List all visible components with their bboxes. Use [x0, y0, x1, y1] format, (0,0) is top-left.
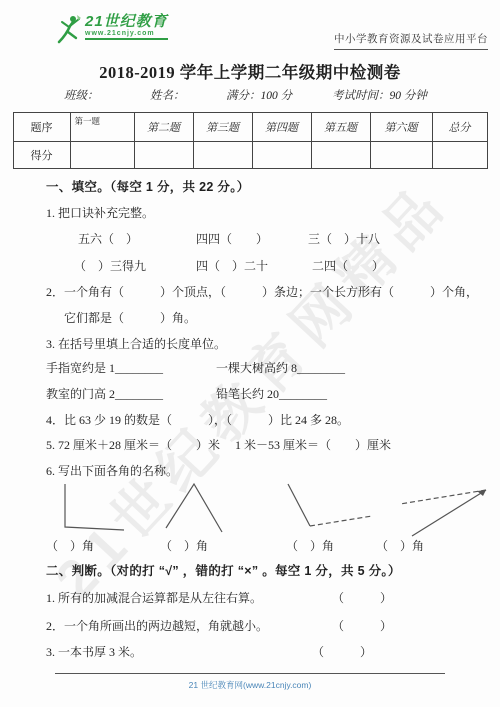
judge-answer-blank: （ ）: [332, 618, 392, 635]
angle-name-blank: （ ）角: [376, 538, 424, 555]
mnemonic-row-1: 五六（ ） 四四（ ） 三（ ）十八: [78, 231, 490, 248]
score-table-header-cell-2: 第二题: [134, 113, 193, 142]
judge-item-text: 2．一个角所画出的两边越短，角就越小。: [46, 618, 268, 635]
angle-name-blank: （ ）角: [160, 538, 286, 555]
question-2-line-2: 它们都是（ ）角。: [64, 310, 490, 327]
right-angle-figure: [52, 482, 128, 534]
score-cell-total: [432, 142, 487, 169]
footer-link-text: 21 世纪教育网(www.21cnjy.com): [0, 679, 500, 691]
question-6: 6. 写出下面各角的名称。: [46, 463, 490, 480]
judge-answer-blank: （ ）: [332, 590, 392, 607]
full-score-label: 满分：100 分: [226, 88, 332, 105]
footer: 21 世纪教育网(www.21cnjy.com): [0, 673, 500, 691]
running-person-icon: [56, 13, 82, 50]
angle-figures-row: [52, 480, 500, 538]
length-unit-row-2: 教室的门高 2________ 铅笔长约 20________: [46, 386, 490, 403]
section-1-heading: 一、填空。（每空 1 分，共 22 分。）: [46, 179, 490, 196]
obtuse-angle-figure: [270, 480, 376, 532]
score-table-header-cell-6: 第六题: [370, 113, 432, 142]
question-1: 1. 把口诀补充完整。: [46, 205, 490, 222]
angle-labels-row: （ ）角 （ ）角 （ ）角 （ ）角: [46, 538, 500, 555]
angle-name-blank: （ ）角: [46, 538, 160, 555]
score-cell-3: [193, 142, 252, 169]
score-table: 题序 第一题 第二题 第三题 第四题 第五题 第六题 总分 得分: [13, 112, 488, 169]
score-cell-2: [134, 142, 193, 169]
score-row-label: 得分: [13, 142, 70, 169]
length-unit-blank: 手指宽约是 1________: [46, 360, 216, 377]
score-table-header-cell-1: 第一题: [70, 113, 134, 142]
judge-item-text: 3. 一本书厚 3 米。: [46, 644, 142, 661]
angle-name-blank: （ ）角: [286, 538, 376, 555]
header: 21世纪教育 www.21cnjy.com 中小学教育资源及试卷应用平台: [0, 0, 500, 50]
mnemonic-row-2: （ ）三得九 四（ ）二十 二四（ ）: [74, 258, 490, 275]
mnemonic-blank: 四四（ ）: [196, 231, 308, 248]
logo-text: 21世纪教育 www.21cnjy.com: [85, 13, 168, 40]
name-field-label: 姓名：: [150, 88, 226, 105]
class-field-label: 班级：: [64, 88, 150, 105]
score-table-header-cell-3: 第三题: [193, 113, 252, 142]
score-table-header-cell-4: 第四题: [252, 113, 311, 142]
question-3: 3. 在括号里填上合适的长度单位。: [46, 336, 490, 353]
mnemonic-blank: （ ）三得九: [74, 258, 196, 275]
score-table-header-cell-5: 第五题: [311, 113, 370, 142]
score-cell-4: [252, 142, 311, 169]
judge-item-text: 1. 所有的加减混合运算都是从左往右算。: [46, 590, 262, 607]
judge-item-2: 2．一个角所画出的两边越短，角就越小。 （ ）: [46, 618, 500, 635]
logo-brand: 21世纪教育: [85, 13, 168, 30]
score-cell-6: [370, 142, 432, 169]
score-table-score-row: 得分: [13, 142, 487, 169]
exam-title: 2018-2019 学年上学期二年级期中检测卷: [0, 62, 500, 84]
question-5: 5. 72 厘米＋28 厘米＝（ ）米 1 米－53 厘米＝（ ）厘米: [46, 437, 490, 454]
judge-item-1: 1. 所有的加减混合运算都是从左往右算。 （ ）: [46, 590, 500, 607]
score-cell-5: [311, 142, 370, 169]
acute-angle-figure: [156, 480, 228, 534]
length-unit-blank: 一棵大树高约 8________: [216, 360, 345, 377]
score-cell-1: [70, 142, 134, 169]
score-table-header-cell-7: 总分: [432, 113, 487, 142]
mnemonic-blank: 五六（ ）: [78, 231, 196, 248]
mnemonic-blank: 四（ ）二十: [196, 258, 312, 275]
length-unit-row-1: 手指宽约是 1________ 一棵大树高约 8________: [46, 360, 490, 377]
judge-item-3: 3. 一本书厚 3 米。 （ ）: [46, 644, 500, 661]
mnemonic-blank: 二四（ ）: [312, 258, 384, 275]
exam-time-label: 考试时间：90 分钟: [332, 88, 427, 105]
question-4: 4．比 63 少 19 的数是（ ），（ ）比 24 多 28。: [46, 412, 490, 429]
acute-angle-dashed-figure: [398, 480, 494, 538]
length-unit-blank: 教室的门高 2________: [46, 386, 216, 403]
score-table-header-cell-0: 题序: [13, 113, 70, 142]
mnemonic-blank: 三（ ）十八: [308, 231, 380, 248]
score-table-header-row: 题序 第一题 第二题 第三题 第四题 第五题 第六题 总分: [13, 113, 487, 142]
logo: 21世纪教育 www.21cnjy.com: [56, 13, 168, 50]
page: { "header": { "logo": { "brand": "21世纪教育…: [0, 0, 500, 707]
question-2-line-1: 2．一个角有（ ）个顶点，（ ）条边；一个长方形有（ ）个角，: [46, 284, 490, 301]
logo-url: www.21cnjy.com: [85, 30, 168, 40]
judge-answer-blank: （ ）: [312, 644, 372, 661]
length-unit-blank: 铅笔长约 20________: [216, 386, 327, 403]
platform-banner: 中小学教育资源及试卷应用平台: [334, 31, 488, 50]
footer-divider: [55, 673, 445, 674]
info-bar: 班级： 姓名： 满分：100 分 考试时间：90 分钟: [64, 88, 500, 105]
section-2-heading: 二、判断。（对的打 “√” ，错的打 “×” 。每空 1 分，共 5 分。）: [46, 563, 490, 580]
